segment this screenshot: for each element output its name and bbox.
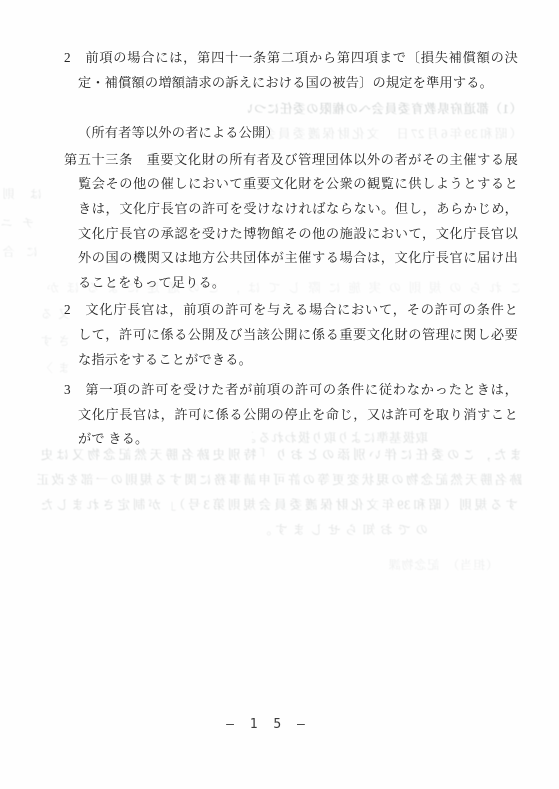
bleedthrough-text: する規則（昭和39年文化財保護委員会規則第3号）」が制定されました (40, 497, 518, 513)
text-line: 文化庁長官の承認を受けた博物館その他の施設において，文化庁長官以 (64, 222, 518, 247)
article-53-paragraph-2: 2 文化庁長官は，前項の許可を与える場合において，その許可の条件と して，許可に… (64, 298, 518, 372)
text-line: がで きる。 (64, 427, 518, 452)
article-53-paragraph-1: 第五十三条 重要文化財の所有者及び管理団体以外の者がその主催する展 覧会その他の… (64, 148, 518, 296)
bleedthrough-text: のでお知らせします。 (258, 522, 428, 538)
scanned-document-page: （1）都道府県教育委員会への権限の委任について（昭和39年6月27日 文化財保護… (0, 0, 559, 789)
text-line: 3 第一項の許可を受けた者が前項の許可の条件に従わなかったときは， (64, 378, 518, 403)
bleedthrough-text: に合 (2, 244, 38, 260)
bleedthrough-text: 跡名勝天然記念物の現状変更等の許可申請事務に関する規則の一部を改正 (36, 472, 522, 488)
paragraph-preceding-article-item-2: 2 前項の場合には，第四十一条第二項から第四項まで〔損失補償額の決 定・補償額の… (64, 46, 518, 95)
text-line: きは，文化庁長官の許可を受けなければならない。但し，あらかじめ， (64, 197, 518, 222)
text-line: 定・補償額の増額請求の訴えにおける国の被告〕の規定を準用する。 (64, 71, 518, 96)
text-line: 覧会その他の催しにおいて重要文化財を公衆の観覧に供しようとすると (64, 172, 518, 197)
text-line: 第五十三条 重要文化財の所有者及び管理団体以外の者がその主催する展 (64, 148, 518, 173)
page-number: — 1 5 — (0, 717, 535, 732)
heading-line: （所有者等以外の者による公開） (64, 121, 518, 146)
text-line: 文化庁長官は，許可に係る公開の停止を命じ，又は許可を取り消すこと (64, 403, 518, 428)
bleedthrough-text: は則 (2, 186, 42, 202)
text-line: 2 前項の場合には，第四十一条第二項から第四項まで〔損失補償額の決 (64, 46, 518, 71)
text-line: 外の国の機関又は地方公共団体が主催する場合は，文化庁長官に届け出 (64, 246, 518, 271)
article-53-paragraph-3: 3 第一項の許可を受けた者が前項の許可の条件に従わなかったときは， 文化庁長官は… (64, 378, 518, 452)
bleedthrough-text: チニ (0, 215, 34, 231)
text-line: 2 文化庁長官は，前項の許可を与える場合において，その許可の条件と (64, 298, 518, 323)
section-heading: （所有者等以外の者による公開） (64, 121, 518, 146)
main-text: 2 前項の場合には，第四十一条第二項から第四項まで〔損失補償額の決 定・補償額の… (64, 46, 518, 452)
text-line: な指示をすることができる。 (64, 348, 518, 373)
text-line: ることをもって足りる。 (64, 271, 518, 296)
bleedthrough-text: （担当） 記念物課 (388, 557, 498, 573)
text-line: して，許可に係る公開及び当該公開に係る重要文化財の管理に関し必要 (64, 323, 518, 348)
